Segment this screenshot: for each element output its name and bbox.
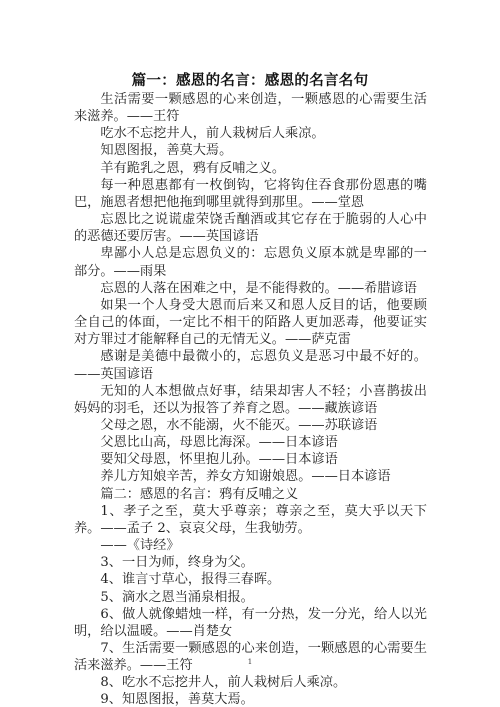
paragraph: 感谢是美德中最微小的，忘恩负义是恶习中最不好的。——英国谚语 xyxy=(74,348,427,382)
paragraph: 知恩图报，善莫大焉。 xyxy=(74,142,427,159)
paragraph: 养儿方知娘辛苦，养女方知谢娘恩。——日本谚语 xyxy=(74,468,427,485)
paragraph: 要知父母恩，怀里抱儿孙。——日本谚语 xyxy=(74,451,427,468)
paragraph: 卑鄙小人总是忘恩负义的：忘恩负义原本就是卑鄙的一部分。——雨果 xyxy=(74,245,427,279)
paragraph: 父母之恩，水不能溺，火不能灭。——苏联谚语 xyxy=(74,417,427,434)
paragraph: 3、一日为师，终身为父。 xyxy=(74,554,427,571)
paragraph: 吃水不忘挖井人，前人栽树后人乘凉。 xyxy=(74,125,427,142)
paragraph: 生活需要一颗感恩的心来创造，一颗感恩的心需要生活来滋养。——王符 xyxy=(74,91,427,125)
paragraph: 父恩比山高，母恩比海深。——日本谚语 xyxy=(74,434,427,451)
document-page: 篇一：感恩的名言：感恩的名言名句 生活需要一颗感恩的心来创造，一颗感恩的心需要生… xyxy=(0,0,500,707)
paragraph: 忘恩比之说谎虚荣饶舌酗酒或其它存在于脆弱的人心中的恶德还要厉害。——英国谚语 xyxy=(74,211,427,245)
paragraph: 9、知恩图报，善莫大焉。 xyxy=(74,691,427,707)
paragraph: 忘恩的人落在困难之中，是不能得救的。——希腊谚语 xyxy=(74,280,427,297)
paragraph: 6、做人就像蜡烛一样，有一分热，发一分光，给人以光明，给以温暖。——肖楚女 xyxy=(74,606,427,640)
paragraph: 1、孝子之至，莫大乎尊亲；尊亲之至，莫大乎以天下养。——孟子 2、哀哀父母，生我… xyxy=(74,503,427,537)
paragraph: 每一种恩惠都有一枚倒钩，它将钩住吞食那份恩惠的嘴巴，施恩者想把他拖到哪里就得到那… xyxy=(74,177,427,211)
section-heading: 篇二：感恩的名言：鸦有反哺之义 xyxy=(74,486,427,503)
paragraph: 如果一个人身受大恩而后来又和恩人反目的话，他要顾全自己的体面，一定比不相干的陌路… xyxy=(74,297,427,348)
page-number: 1 xyxy=(0,658,500,666)
paragraph: 5、滴水之恩当涌泉相报。 xyxy=(74,589,427,606)
document-body: 生活需要一颗感恩的心来创造，一颗感恩的心需要生活来滋养。——王符 吃水不忘挖井人… xyxy=(74,91,427,707)
paragraph: 羊有跪乳之恩，鸦有反哺之义。 xyxy=(74,160,427,177)
paragraph: 4、谁言寸草心，报得三春晖。 xyxy=(74,571,427,588)
paragraph: ——《诗经》 xyxy=(74,537,427,554)
paragraph: 无知的人本想做点好事，结果却害人不轻；小喜鹊拔出妈妈的羽毛，还以为报答了养育之恩… xyxy=(74,383,427,417)
paragraph: 8、吃水不忘挖井人，前人栽树后人乘凉。 xyxy=(74,674,427,691)
document-title: 篇一：感恩的名言：感恩的名言名句 xyxy=(0,72,500,90)
